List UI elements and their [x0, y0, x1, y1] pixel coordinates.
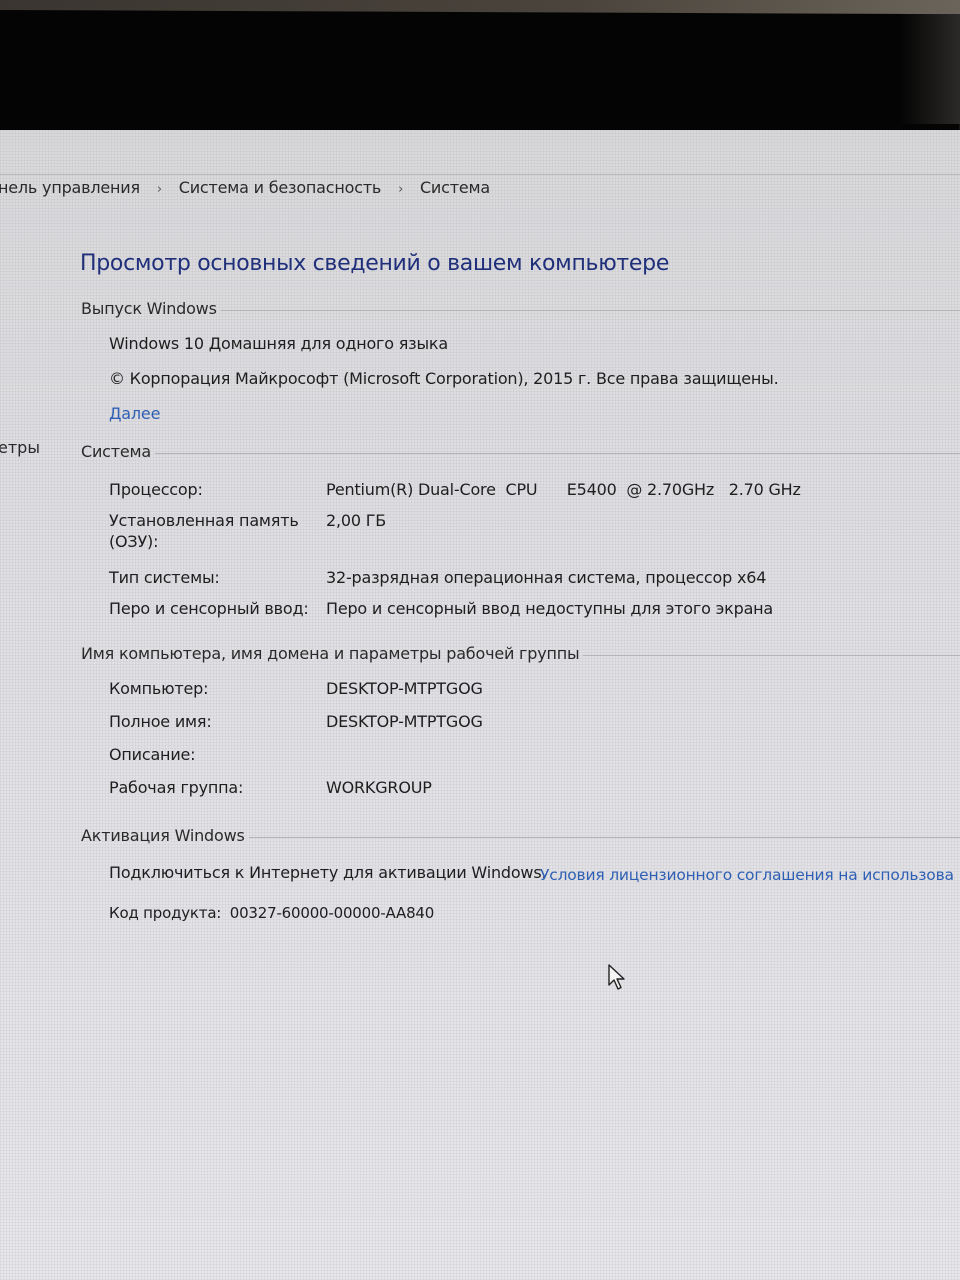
section-system: Система — [81, 440, 960, 462]
more-link[interactable]: Далее — [109, 404, 160, 423]
section-computer-name: Имя компьютера, имя домена и параметры р… — [81, 642, 960, 664]
row-label-continued: (ОЗУ): — [109, 531, 158, 552]
mouse-cursor-icon — [607, 963, 629, 997]
row-value: DESKTOP-MTPTGOG — [326, 711, 483, 732]
row-value: WORKGROUP — [326, 777, 432, 798]
section-windows-edition: Выпуск Windows — [81, 297, 960, 319]
section-heading: Система — [81, 442, 151, 461]
breadcrumb: нель управления › Система и безопасность… — [0, 178, 490, 197]
row-label: Описание: — [109, 744, 195, 765]
row-value: 2,00 ГБ — [326, 510, 386, 531]
breadcrumb-item-system-security[interactable]: Система и безопасность — [179, 178, 381, 197]
product-key-value: 00327-60000-00000-AA840 — [230, 904, 434, 922]
license-terms-link[interactable]: Условия лицензионного соглашения на испо… — [540, 866, 954, 884]
chevron-right-icon[interactable]: › — [398, 182, 403, 197]
page-title: Просмотр основных сведений о вашем компь… — [80, 251, 669, 276]
windows-edition-name: Windows 10 Домашняя для одного языка — [109, 334, 448, 353]
section-heading: Выпуск Windows — [81, 299, 217, 318]
section-divider — [221, 310, 960, 311]
row-label: Перо и сенсорный ввод: — [109, 598, 309, 619]
breadcrumb-item-control-panel[interactable]: нель управления — [0, 178, 140, 197]
activation-status: Подключиться к Интернету для активации W… — [109, 863, 546, 882]
row-value: Pentium(R) Dual-Core CPU E5400 @ 2.70GHz… — [326, 479, 801, 500]
monitor-bezel — [0, 10, 960, 136]
sidebar-link-fragment[interactable]: етры — [0, 438, 40, 457]
copyright-text: © Корпорация Майкрософт (Microsoft Corpo… — [109, 369, 778, 388]
chevron-right-icon[interactable]: › — [157, 182, 162, 197]
row-value: Перо и сенсорный ввод недоступны для это… — [326, 598, 773, 619]
system-window: нель управления › Система и безопасность… — [0, 130, 960, 1280]
section-heading: Активация Windows — [81, 826, 245, 845]
section-activation: Активация Windows — [81, 824, 960, 846]
address-bar-divider — [0, 174, 960, 175]
row-label: Установленная память — [109, 510, 299, 531]
row-value: DESKTOP-MTPTGOG — [326, 678, 483, 699]
row-label: Компьютер: — [109, 678, 208, 699]
row-label: Процессор: — [109, 479, 203, 500]
monitor-bezel-edge — [900, 14, 960, 124]
row-value: 32-разрядная операционная система, проце… — [326, 567, 766, 588]
section-divider — [249, 837, 960, 838]
breadcrumb-item-system[interactable]: Система — [420, 178, 490, 197]
section-divider — [583, 655, 960, 656]
section-heading: Имя компьютера, имя домена и параметры р… — [81, 644, 579, 663]
row-label: Рабочая группа: — [109, 777, 243, 798]
row-label: Тип системы: — [109, 567, 220, 588]
product-key-label: Код продукта: — [109, 904, 221, 922]
product-key: Код продукта: 00327-60000-00000-AA840 — [109, 904, 434, 922]
row-label: Полное имя: — [109, 711, 212, 732]
section-divider — [155, 453, 960, 454]
